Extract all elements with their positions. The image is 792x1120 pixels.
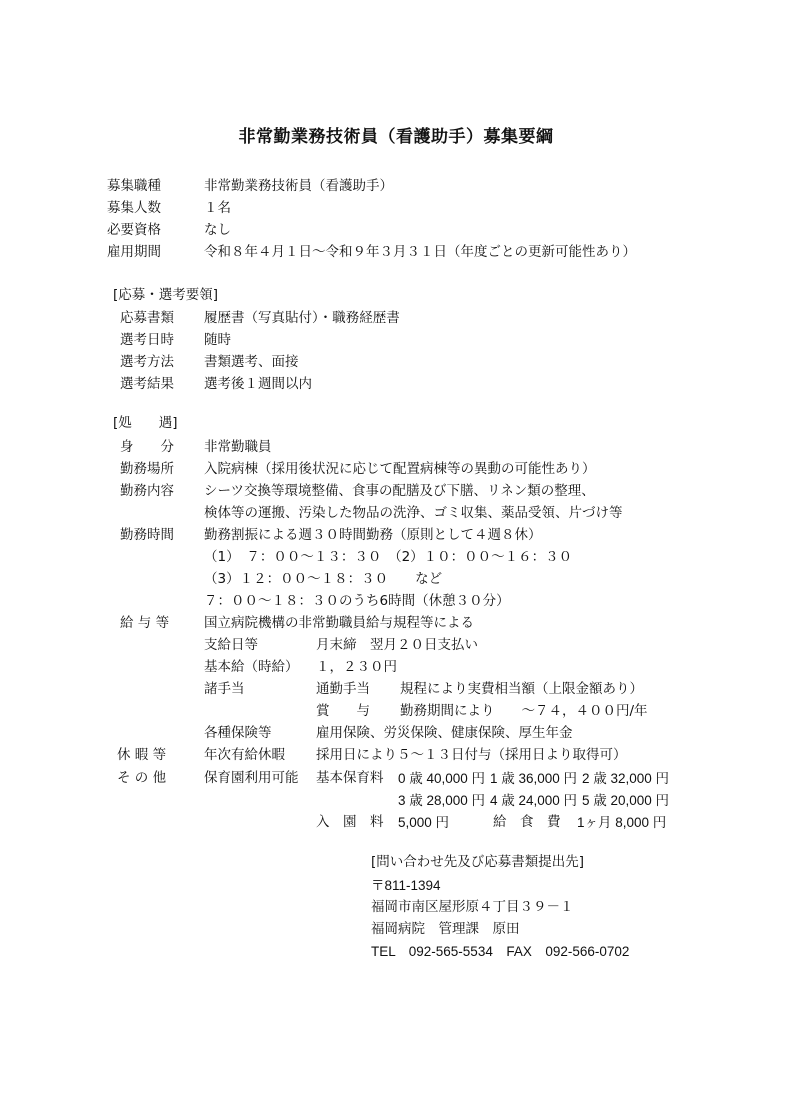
value: 月末締 翌月２０日支払い <box>316 639 478 653</box>
label: 勤務内容 <box>120 485 174 499</box>
value: （1） ７：００～１３：３０ （2）１０：００～１６：３０ <box>204 551 572 565</box>
fee-age-4: 4 歳 24,000 円 <box>490 794 577 808</box>
value: 書類選考、面接 <box>204 356 299 370</box>
value: 入院病棟（採用後状況に応じて配置病棟等の異動の可能性あり） <box>204 463 596 477</box>
postal-code: 〒811-1394 <box>371 879 441 893</box>
fee-age-3: 3 歳 28,000 円 <box>398 794 485 808</box>
label: 諸手当 <box>204 683 245 697</box>
label: 募集人数 <box>107 202 161 216</box>
fee-label: 基本保育料 <box>316 772 384 786</box>
value: 雇用保険、労災保険、健康保険、厚生年金 <box>316 727 573 741</box>
value: 検体等の運搬、汚染した物品の洗浄、ゴミ収集、薬品受領、片づけ等 <box>204 507 623 521</box>
label: 勤務時間 <box>120 529 174 543</box>
label: 各種保険等 <box>204 727 272 741</box>
meal-label: 給 食 費 <box>493 816 561 830</box>
fee-age-0: 0 歳 40,000 円 <box>398 772 485 786</box>
sublabel: 保育園利用可能 <box>204 772 299 786</box>
label: 雇用期間 <box>107 246 161 260</box>
value: （3）１２：００～１８：３０ など <box>204 573 442 587</box>
value: 国立病院機構の非常勤職員給与規程等による <box>204 617 474 631</box>
value: 規程により実費相当額（上限金額あり） <box>400 683 643 697</box>
document-title: 非常勤業務技術員（看護助手）募集要綱 <box>0 122 792 147</box>
value: シーツ交換等環境整備、食事の配膳及び下膳、リネン類の整理、 <box>204 485 595 499</box>
fee-age-1: 1 歳 36,000 円 <box>490 772 577 786</box>
value: 勤務割振による週３０時間勤務（原則として４週８休） <box>204 529 542 543</box>
fee-age-2: 2 歳 32,000 円 <box>582 772 669 786</box>
label: 勤務場所 <box>120 463 174 477</box>
section-heading: [処 遇] <box>113 417 178 431</box>
label: 選考結果 <box>120 378 174 392</box>
sublabel: 年次有給休暇 <box>204 749 285 763</box>
section-heading: [応募・選考要領] <box>113 289 218 303</box>
label: 支給日等 <box>204 639 258 653</box>
entry-label: 入 園 料 <box>316 816 384 830</box>
value: １名 <box>204 202 231 216</box>
value: 随時 <box>204 334 231 348</box>
label: そ の 他 <box>117 772 166 786</box>
label: 選考日時 <box>120 334 174 348</box>
phone-fax: TEL 092-565-5534 FAX 092-566-0702 <box>371 945 629 959</box>
label: 通勤手当 <box>316 683 370 697</box>
office: 福岡病院 管理課 原田 <box>371 923 520 937</box>
value: 採用日により５～１３日付与（採用日より取得可） <box>316 749 627 763</box>
fee-age-5: 5 歳 20,000 円 <box>582 794 669 808</box>
label: 基本給（時給） <box>204 661 299 675</box>
value: 非常勤業務技術員（看護助手） <box>204 180 393 194</box>
label: 応募書類 <box>120 312 174 326</box>
label: 募集職種 <box>107 180 161 194</box>
entry-value: 5,000 円 <box>398 816 449 830</box>
value: 令和８年４月１日～令和９年３月３１日（年度ごとの更新可能性あり） <box>204 246 636 260</box>
label: 身 分 <box>120 441 174 455</box>
value: 履歴書（写真貼付）・職務経歴書 <box>204 312 400 326</box>
value: なし <box>204 224 231 238</box>
contact-heading: [問い合わせ先及び応募書類提出先] <box>371 856 584 870</box>
label: 給 与 等 <box>120 617 169 631</box>
value: 勤務期間により ～７４，４００円/年 <box>400 705 648 719</box>
label: 休 暇 等 <box>117 749 166 763</box>
value: １，２３０円 <box>316 661 397 675</box>
label: 必要資格 <box>107 224 161 238</box>
address: 福岡市南区屋形原４丁目３９－１ <box>371 901 574 915</box>
value: 非常勤職員 <box>204 441 272 455</box>
label: 賞 与 <box>316 705 370 719</box>
value: ７：００～１８：３０のうち6時間（休憩３０分） <box>204 595 510 609</box>
meal-value: 1ヶ月 8,000 円 <box>577 816 666 830</box>
label: 選考方法 <box>120 356 174 370</box>
value: 選考後１週間以内 <box>204 378 312 392</box>
